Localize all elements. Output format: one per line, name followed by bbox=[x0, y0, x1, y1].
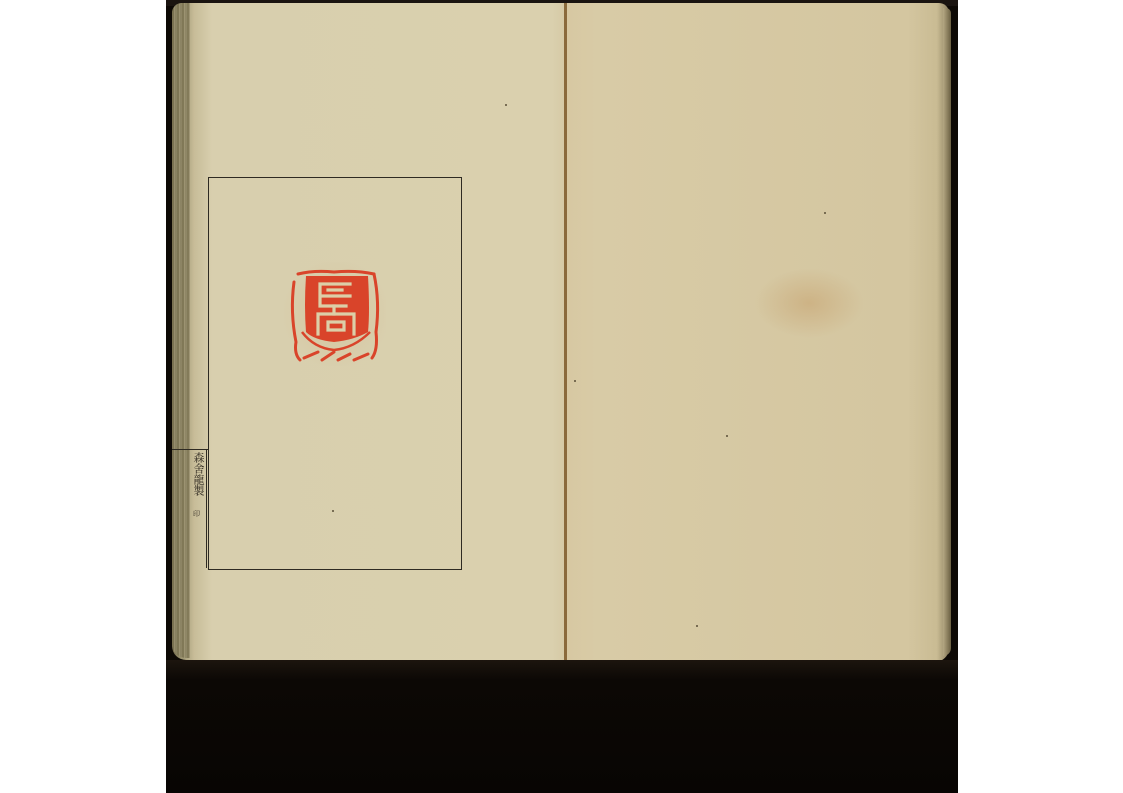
colophon-sub-text: 印 bbox=[193, 509, 200, 519]
paper-speck bbox=[332, 510, 334, 512]
colophon-rule bbox=[172, 449, 209, 450]
paper-speck bbox=[726, 435, 728, 437]
colophon-text: 森舍龍製 bbox=[190, 452, 206, 496]
scan-background bbox=[166, 660, 958, 793]
paper-speck bbox=[574, 380, 576, 382]
seal-icon bbox=[284, 262, 386, 366]
red-seal bbox=[284, 262, 386, 366]
right-page-fore-edge bbox=[943, 8, 951, 656]
paper-speck bbox=[824, 212, 826, 214]
scanned-book-spread: 森舍龍製 印 bbox=[166, 0, 958, 793]
seal-frame bbox=[208, 177, 462, 570]
colophon-side-rule bbox=[206, 449, 207, 568]
paper-speck bbox=[696, 625, 698, 627]
left-page-fore-edge bbox=[172, 3, 190, 658]
paper-speck bbox=[505, 104, 507, 106]
paper-stain bbox=[754, 268, 864, 338]
right-page bbox=[567, 3, 949, 662]
